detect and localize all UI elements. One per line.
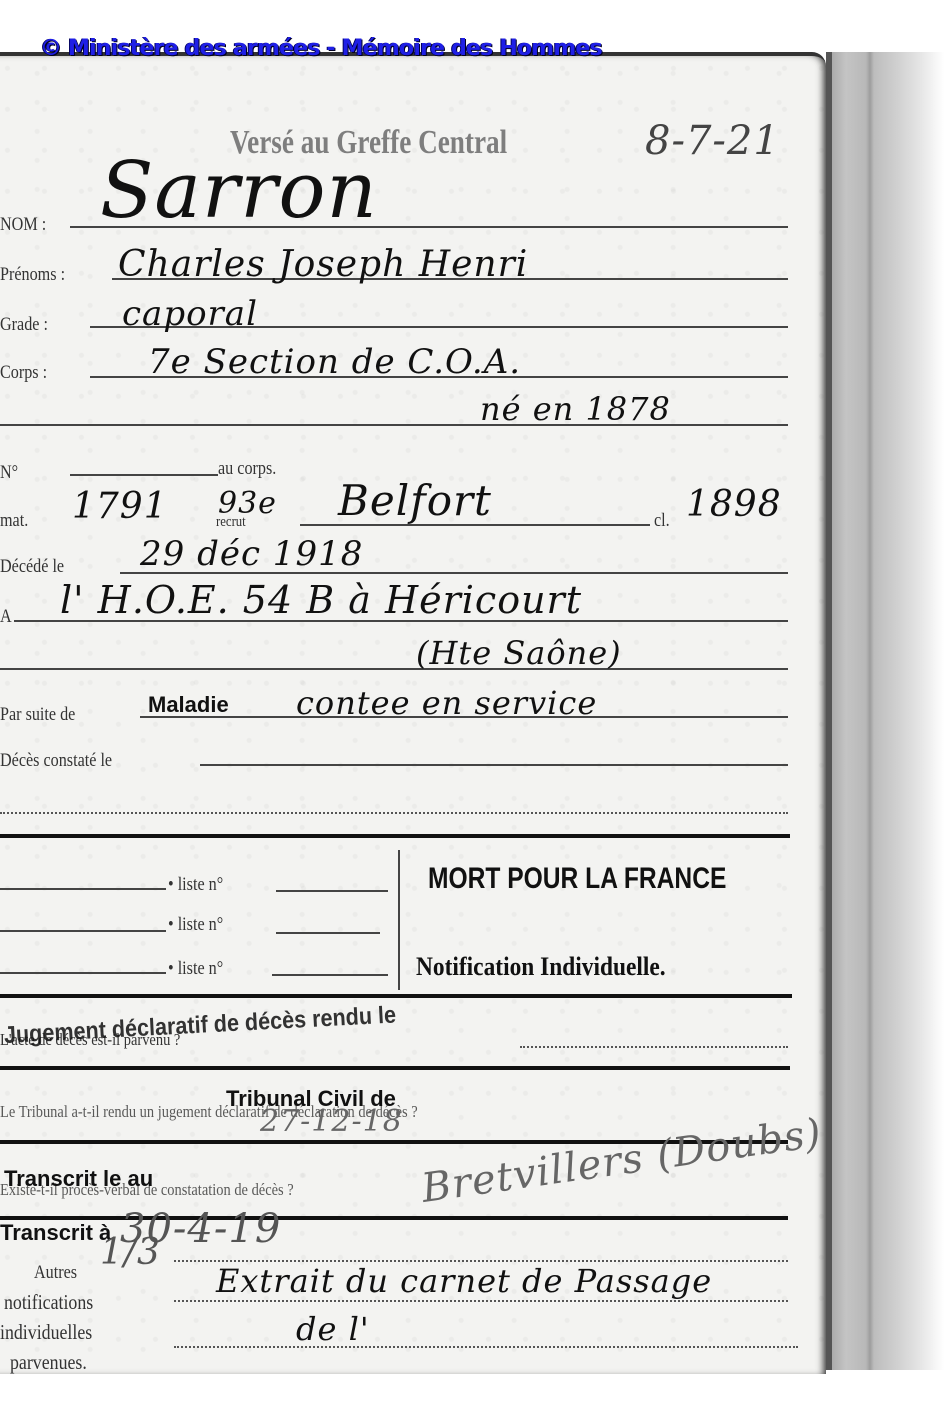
lieu-value-2: (Hte Saône) bbox=[416, 634, 622, 672]
corps-label: Corps : bbox=[0, 362, 47, 384]
lieu-value: l' H.O.E. 54 B à Héricourt bbox=[60, 578, 582, 622]
nom-label: NOM : bbox=[0, 214, 46, 236]
decede-value: 29 déc 1918 bbox=[140, 534, 363, 574]
liste-label-3: • liste n° bbox=[168, 958, 223, 980]
prenoms-value: Charles Joseph Henri bbox=[118, 244, 528, 285]
liste-label-1: • liste n° bbox=[168, 874, 223, 896]
liste-value-line-2 bbox=[276, 932, 380, 934]
grade-value: caporal bbox=[122, 294, 258, 334]
autres-line-3 bbox=[174, 1346, 798, 1348]
liste-line-3 bbox=[0, 972, 166, 974]
lieu-label: A bbox=[0, 606, 12, 628]
recrut-label: recrut bbox=[216, 514, 246, 531]
acte-divider-3 bbox=[0, 1216, 788, 1220]
section-divider bbox=[0, 834, 790, 838]
autres-label-2: notifications bbox=[4, 1290, 93, 1315]
cause-value: contee en service bbox=[296, 684, 597, 722]
copyright-watermark: © Ministère des armées - Mémoire des Hom… bbox=[40, 36, 602, 61]
liste-text-3: liste n° bbox=[178, 958, 223, 979]
autres-label-1: Autres bbox=[34, 1262, 77, 1284]
decede-label: Décédé le bbox=[0, 556, 64, 578]
autres-line-2 bbox=[174, 1300, 788, 1302]
lieu-line-2 bbox=[0, 668, 788, 670]
autres-label-3: individuelles bbox=[0, 1320, 92, 1345]
constate-label: Décès constaté le bbox=[0, 750, 112, 772]
greffe-date: 8-7-21 bbox=[645, 118, 780, 164]
liste-line-2 bbox=[0, 930, 166, 932]
classe-label: cl. bbox=[654, 510, 670, 532]
blank-line bbox=[0, 812, 788, 814]
corps-value: 7e Section de C.O.A. bbox=[148, 342, 521, 382]
acte-stamp-1: Jugement déclaratif de décès rendu le bbox=[3, 1001, 396, 1050]
grade-label: Grade : bbox=[0, 314, 48, 336]
liste-value-line-1 bbox=[276, 890, 388, 892]
mort-pour-la-france-stamp: MORT POUR LA FRANCE bbox=[428, 862, 726, 896]
recrut-value: Belfort bbox=[338, 476, 492, 525]
autres-value-2: de l' bbox=[296, 1310, 370, 1348]
autres-value: Extrait du carnet de Passage bbox=[216, 1262, 712, 1300]
classe-value: 1898 bbox=[686, 484, 782, 525]
matricule-label: mat. bbox=[0, 510, 28, 532]
no-label: N° bbox=[0, 462, 18, 484]
liste-line-1 bbox=[0, 888, 166, 890]
notification-label: Notification Individuelle. bbox=[416, 952, 666, 982]
acte-line-1 bbox=[520, 1046, 788, 1048]
death-record-card: Versé au Greffe Central 8-7-21 NOM : Sar… bbox=[0, 52, 826, 1374]
prenoms-label: Prénoms : bbox=[0, 264, 65, 286]
liste-label-2: • liste n° bbox=[168, 914, 223, 936]
acte-stamp-4: Transcrit à bbox=[0, 1220, 111, 1246]
liste-text-2: liste n° bbox=[178, 914, 223, 935]
section-divider-2 bbox=[0, 994, 792, 998]
autres-label-4: parvenues. bbox=[10, 1350, 87, 1375]
cause-label: Par suite de bbox=[0, 704, 75, 726]
acte-hand-3: Bretvillers (Doubs) bbox=[419, 1110, 825, 1212]
cause-stamp: Maladie bbox=[148, 692, 229, 718]
acte-stamp-3: Transcrit le au bbox=[4, 1166, 153, 1192]
no-line bbox=[70, 474, 218, 476]
acte-hand-2: 27-12-18 bbox=[260, 1104, 403, 1139]
nom-value: Sarron bbox=[100, 146, 378, 236]
au-corps-label: au corps. bbox=[218, 458, 276, 480]
constate-line bbox=[200, 764, 788, 766]
acte-divider-1 bbox=[0, 1066, 790, 1070]
liste-value-line-3 bbox=[272, 974, 388, 976]
autres-margin-hand: 1/3 bbox=[100, 1232, 161, 1273]
page-binding-edge bbox=[826, 52, 944, 1370]
matricule-value: 1791 bbox=[72, 486, 168, 527]
naissance-value: né en 1878 bbox=[480, 390, 671, 428]
liste-text-1: liste n° bbox=[178, 874, 223, 895]
liste-divider bbox=[398, 850, 400, 990]
